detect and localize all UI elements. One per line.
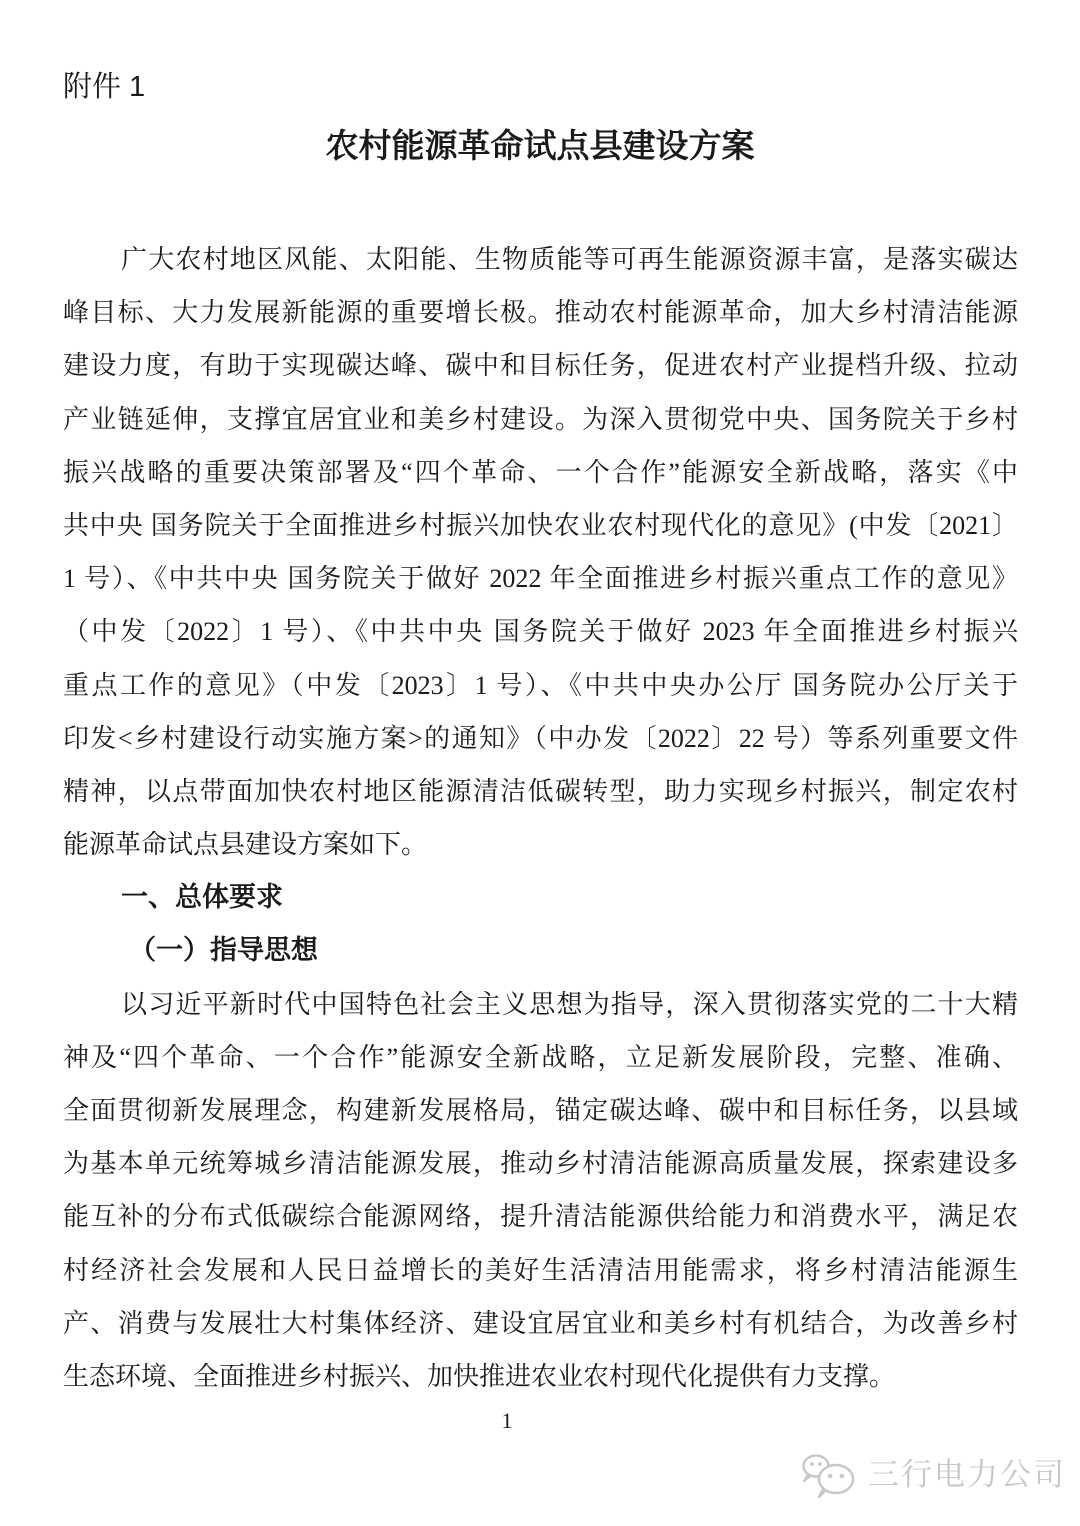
body-line: 为基本单元统筹城乡清洁能源发展，推动乡村清洁能源高质量发展，探索建设多	[63, 1137, 1018, 1190]
body-line: 能源革命试点县建设方案如下。	[63, 818, 1018, 871]
wechat-icon	[800, 1452, 862, 1498]
section-subheading: （一）指导思想	[63, 924, 1018, 977]
body-line: 产、消费与发展壮大村集体经济、建设宜居宜业和美乡村有机结合，为改善乡村	[63, 1297, 1018, 1350]
brand-footer: 三行电力公司	[800, 1452, 1066, 1498]
document-page: 附件 1 农村能源革命试点县建设方案 广大农村地区风能、太阳能、生物质能等可再生…	[0, 0, 1080, 1526]
attachment-label: 附件 1	[63, 70, 145, 104]
body-line: 共中央 国务院关于全面推进乡村振兴加快农业农村现代化的意见》(中发〔2021〕	[63, 499, 1018, 552]
body-line: 广大农村地区风能、太阳能、生物质能等可再生能源资源丰富，是落实碳达	[63, 233, 1018, 286]
body-line: 1 号）、《中共中央 国务院关于做好 2022 年全面推进乡村振兴重点工作的意见…	[63, 552, 1018, 605]
body-line: 峰目标、大力发展新能源的重要增长极。推动农村能源革命，加大乡村清洁能源	[63, 286, 1018, 339]
page-title: 农村能源革命试点县建设方案	[0, 124, 1080, 168]
body-line: 印发<乡村建设行动实施方案>的通知》（中办发〔2022〕22 号）等系列重要文件	[63, 712, 1018, 765]
body-line: 能互补的分布式低碳综合能源网络，提升清洁能源供给能力和消费水平，满足农	[63, 1190, 1018, 1243]
body-line: 建设力度，有助于实现碳达峰、碳中和目标任务，促进农村产业提档升级、拉动	[63, 339, 1018, 392]
page-number: 1	[0, 1406, 1014, 1436]
body-line: 重点工作的意见》（中发〔2023〕1 号）、《中共中央办公厅 国务院办公厅关于	[63, 659, 1018, 712]
body-line: 产业链延伸，支撑宜居宜业和美乡村建设。为深入贯彻党中央、国务院关于乡村	[63, 393, 1018, 446]
brand-name: 三行电力公司	[868, 1453, 1066, 1497]
body-line: 生态环境、全面推进乡村振兴、加快推进农业农村现代化提供有力支撑。	[63, 1350, 1018, 1403]
body-line: 村经济社会发展和人民日益增长的美好生活清洁用能需求，将乡村清洁能源生	[63, 1244, 1018, 1297]
body-line: （中发〔2022〕1 号）、《中共中央 国务院关于做好 2023 年全面推进乡村…	[63, 605, 1018, 658]
section-heading: 一、总体要求	[63, 871, 1018, 924]
document-body: 广大农村地区风能、太阳能、生物质能等可再生能源资源丰富，是落实碳达峰目标、大力发…	[63, 233, 1018, 1403]
body-line: 全面贯彻新发展理念，构建新发展格局，锚定碳达峰、碳中和目标任务，以县域	[63, 1084, 1018, 1137]
body-line: 精神，以点带面加快农村地区能源清洁低碳转型，助力实现乡村振兴，制定农村	[63, 765, 1018, 818]
body-line: 振兴战略的重要决策部署及“四个革命、一个合作”能源安全新战略，落实《中	[63, 446, 1018, 499]
body-line: 以习近平新时代中国特色社会主义思想为指导，深入贯彻落实党的二十大精	[63, 978, 1018, 1031]
body-line: 神及“四个革命、一个合作”能源安全新战略，立足新发展阶段，完整、准确、	[63, 1031, 1018, 1084]
